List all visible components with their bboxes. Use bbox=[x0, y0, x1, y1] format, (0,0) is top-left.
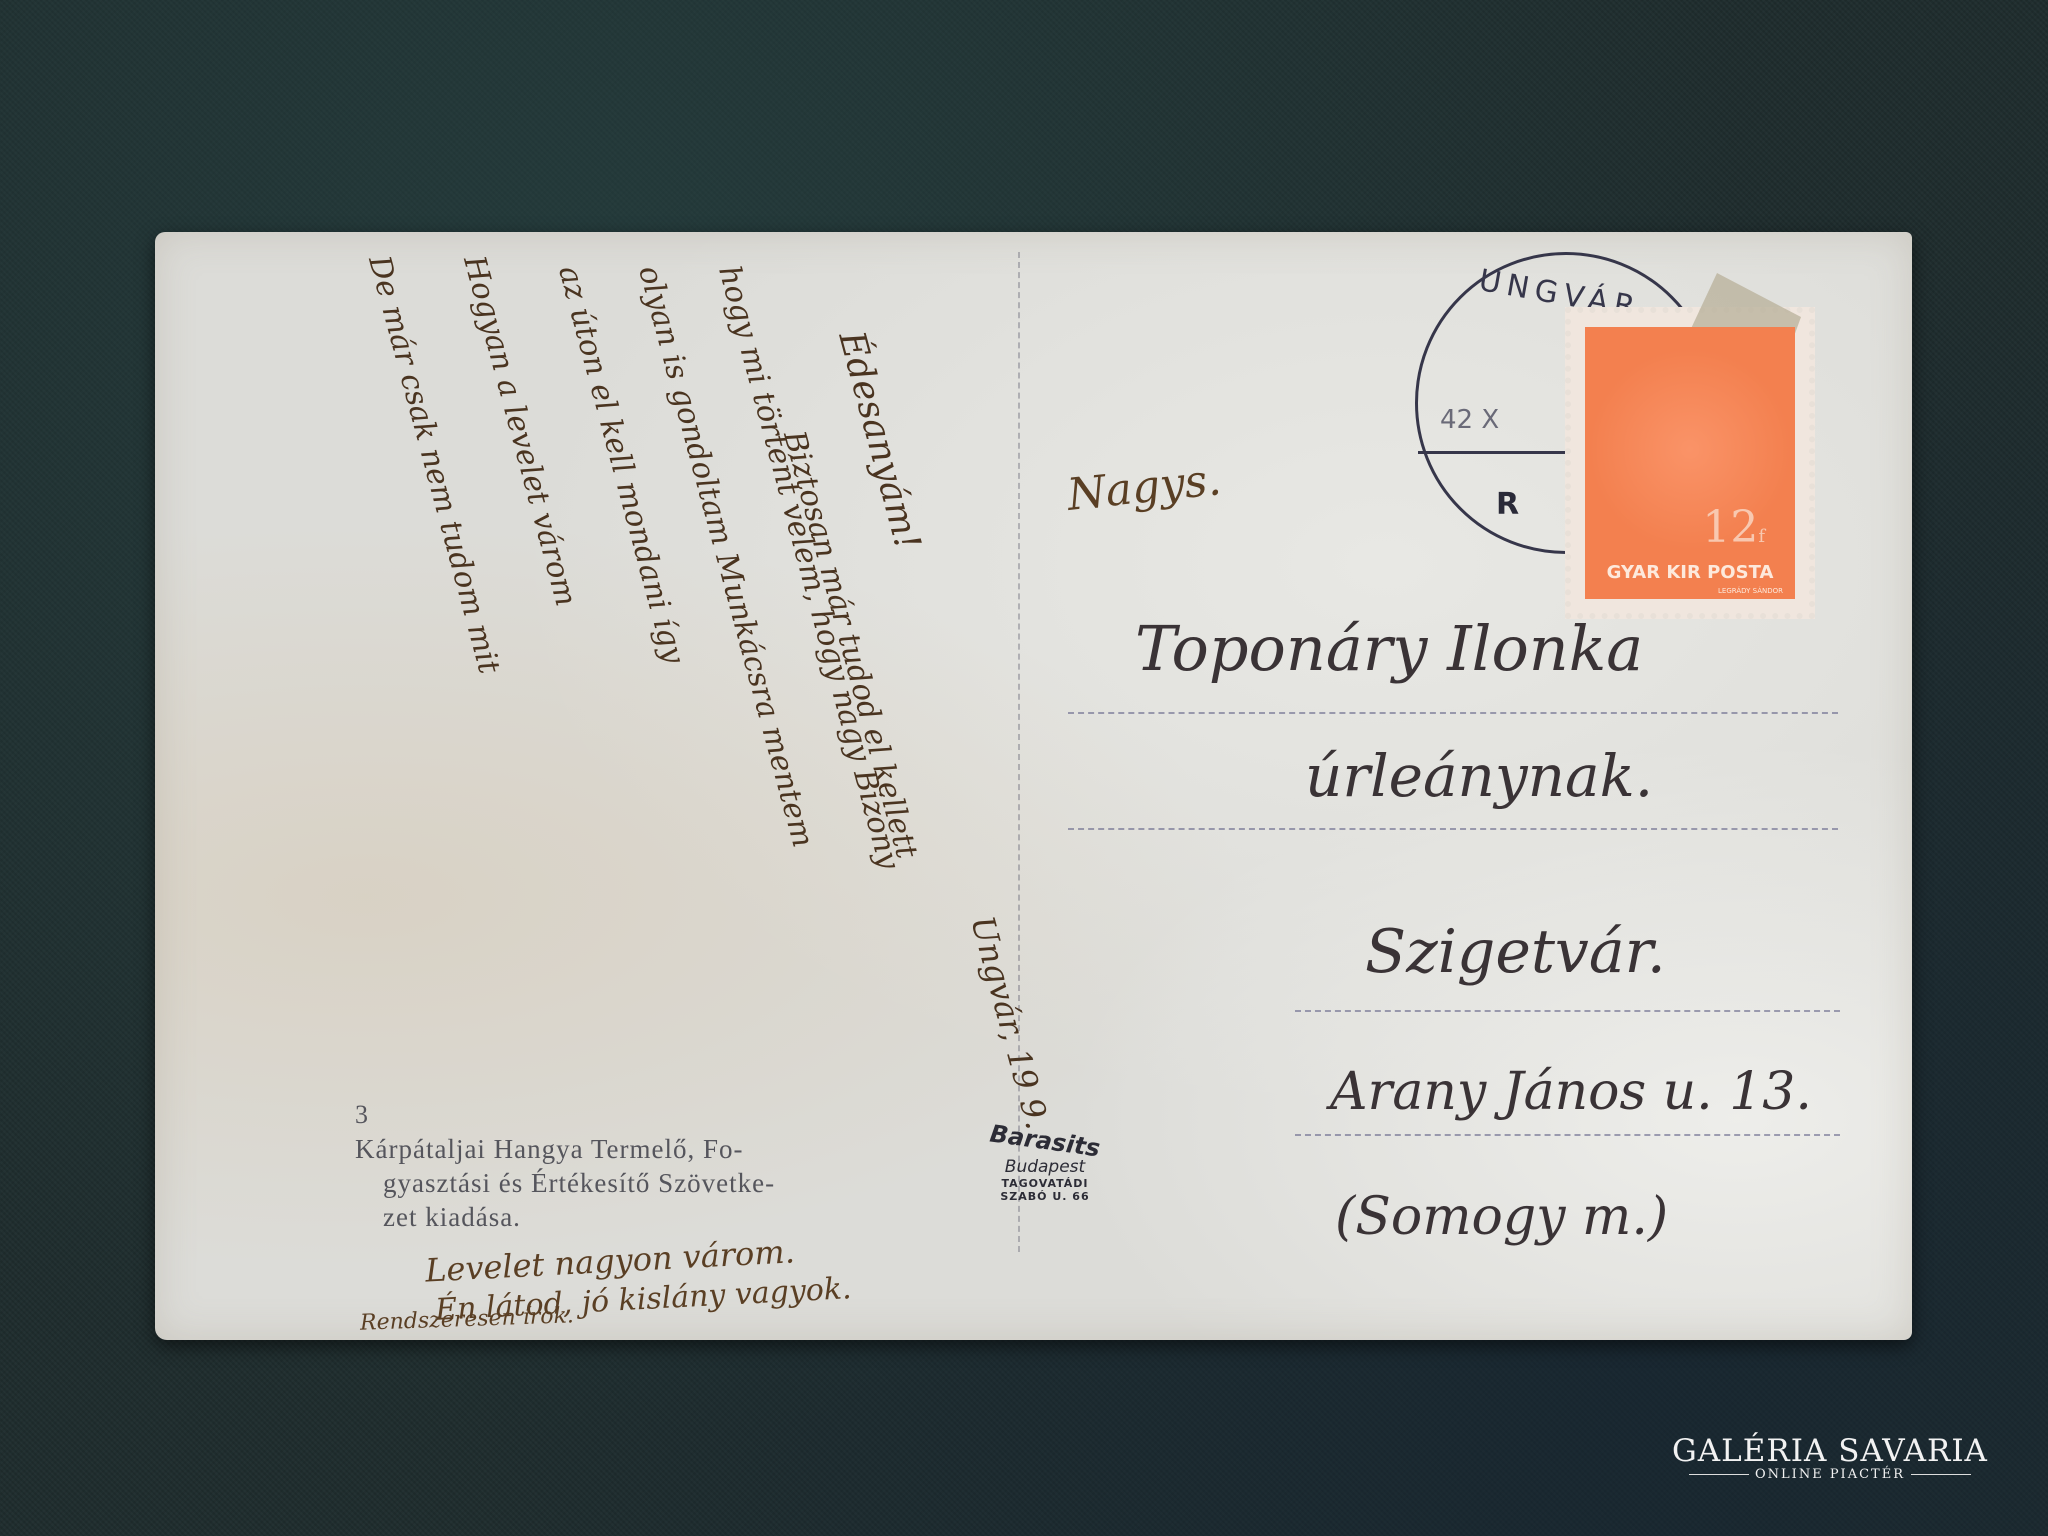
address-line-2-text: úrleánynak. bbox=[1305, 742, 1653, 810]
imprint-line-3: zet kiadása. bbox=[355, 1200, 775, 1234]
imprint-line-1: Kárpátaljai Hangya Termelő, Fo- bbox=[355, 1132, 775, 1166]
address-salutation: Nagys. bbox=[1065, 454, 1224, 521]
stamp-artist: LEGRÁDY SÁNDOR bbox=[1718, 587, 1783, 595]
postmark-date: 42 X bbox=[1440, 405, 1499, 435]
address-city: Szigetvár. bbox=[1365, 917, 1666, 987]
printer-line-2: SZABÓ U. 66 bbox=[960, 1190, 1130, 1203]
address-line-1 bbox=[1068, 712, 1838, 714]
stamp-value: 12f bbox=[1702, 502, 1765, 553]
postcard: UNGVÁR 42 X 10 18 R R 12f GYAR KIR POSTA… bbox=[155, 232, 1912, 1340]
address-county: (Somogy m.) bbox=[1335, 1187, 1668, 1247]
watermark-title: GALÉRIA SAVARIA bbox=[1655, 1433, 2005, 1469]
message-greeting: Édesanyám! bbox=[830, 327, 928, 554]
address-line-3 bbox=[1295, 1010, 1840, 1012]
postmark-letter-left: R bbox=[1496, 487, 1519, 522]
imprint-line-2: gyasztási és Értékesítő Szövetke- bbox=[355, 1166, 775, 1200]
publisher-imprint: 3 Kárpátaljai Hangya Termelő, Fo- gyaszt… bbox=[355, 1132, 775, 1234]
card-number: 3 bbox=[355, 1098, 369, 1132]
watermark-logo: GALÉRIA SAVARIA ONLINE PIACTÉR bbox=[1655, 1433, 2005, 1482]
footer-line-3: Rendszeresen írok. bbox=[360, 1303, 575, 1335]
address-line-4 bbox=[1295, 1134, 1840, 1136]
message-place-date: Ungvár, 19 9. bbox=[963, 912, 1056, 1133]
printer-line-1: TAGOVATÁDI bbox=[960, 1177, 1130, 1190]
address-line-2 bbox=[1068, 828, 1838, 830]
postage-stamp: 12f GYAR KIR POSTA LEGRÁDY SÁNDOR bbox=[1565, 307, 1815, 619]
stamp-face: 12f GYAR KIR POSTA LEGRÁDY SÁNDOR bbox=[1585, 327, 1795, 599]
stamp-text: GYAR KIR POSTA bbox=[1589, 562, 1791, 583]
address-name: Toponáry Ilonka bbox=[1135, 612, 1643, 685]
address-street: Arany János u. 13. bbox=[1330, 1062, 1812, 1122]
printer-mark: Barasits Budapest TAGOVATÁDI SZABÓ U. 66 bbox=[960, 1127, 1130, 1247]
watermark-subtitle: ONLINE PIACTÉR bbox=[1655, 1467, 2005, 1482]
